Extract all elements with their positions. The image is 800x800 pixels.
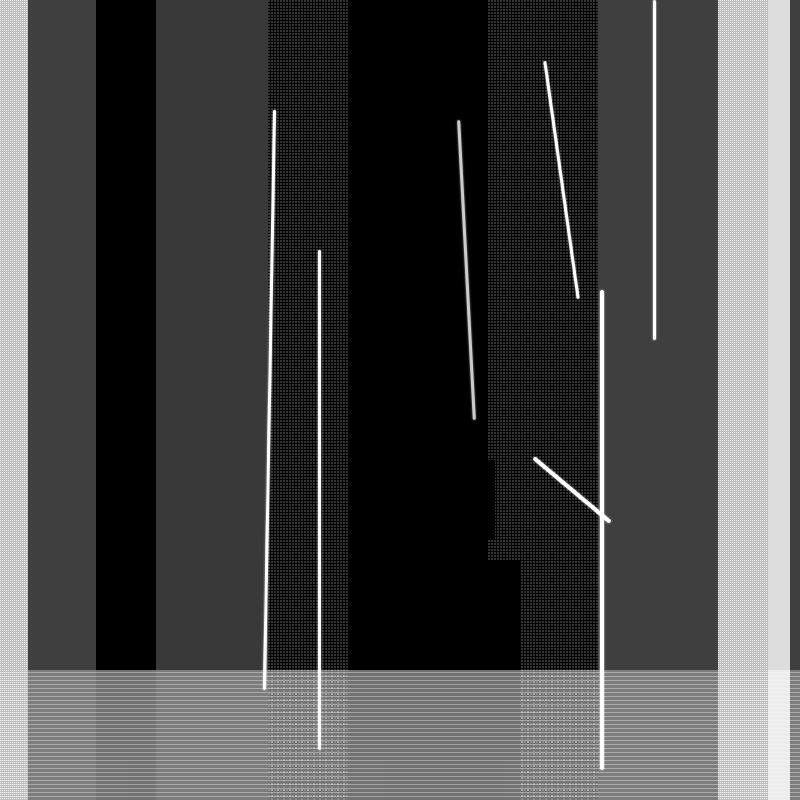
highlight-line bbox=[600, 290, 604, 770]
highlight-line bbox=[653, 0, 656, 340]
central-lower-block bbox=[415, 460, 495, 540]
photo-scene bbox=[0, 0, 800, 800]
highlight-line bbox=[318, 250, 321, 750]
ground-texture bbox=[0, 670, 800, 800]
